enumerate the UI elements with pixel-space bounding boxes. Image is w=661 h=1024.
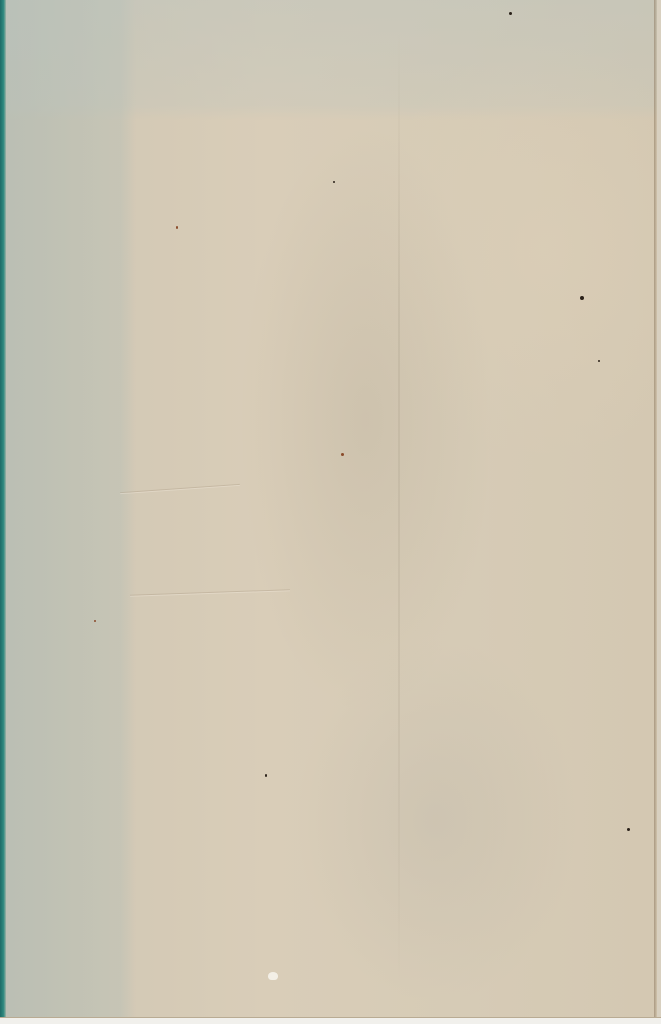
ink-speck [627, 828, 630, 831]
ink-speck [598, 360, 600, 362]
paper-surface [6, 0, 657, 1018]
rust-speck [94, 620, 96, 622]
worn-spot [268, 972, 278, 980]
center-fold-shadow [398, 30, 400, 990]
right-paper-edge [654, 0, 657, 1018]
ink-speck [333, 181, 335, 183]
paper-sheet [0, 0, 661, 1024]
rust-speck [176, 226, 178, 229]
rust-speck [341, 453, 344, 456]
bottom-margin [0, 1017, 661, 1024]
ink-speck [509, 12, 512, 15]
ink-speck [580, 296, 584, 300]
ink-speck [265, 774, 267, 777]
binding-edge [0, 0, 6, 1018]
